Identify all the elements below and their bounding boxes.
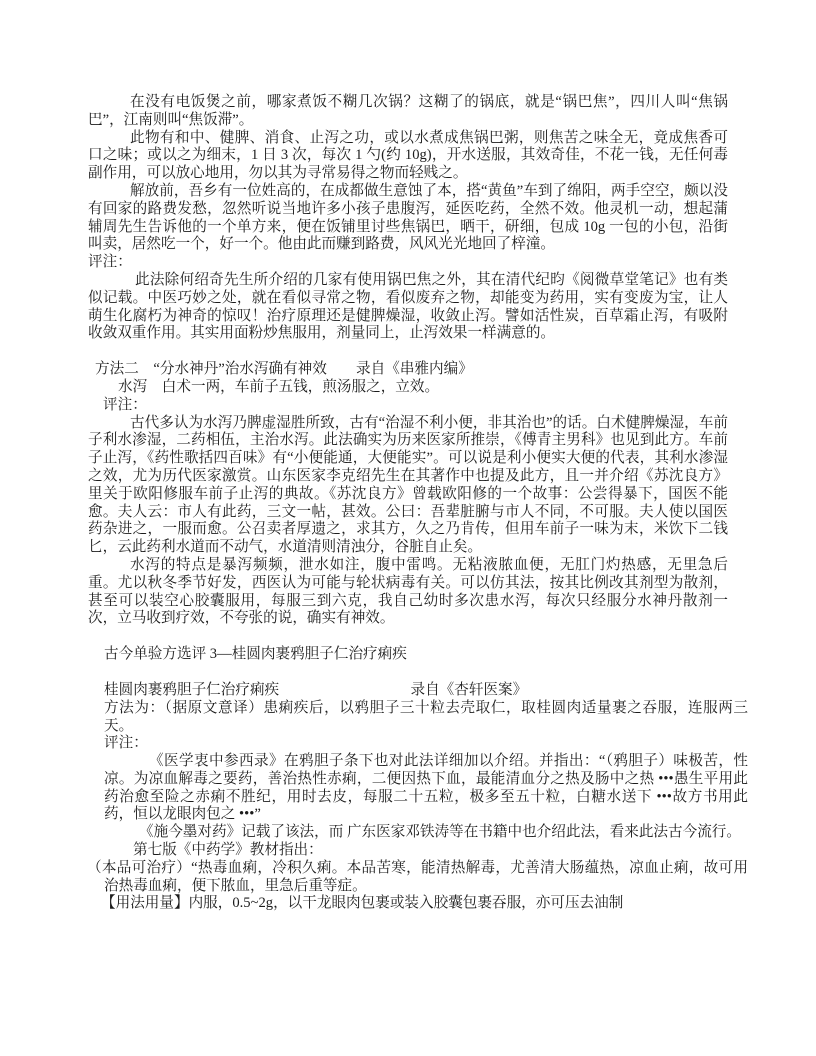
paragraph-comment-baizhu: 古代多认为水泻乃脾虚湿胜所致，古有“治湿不利小便，非其治也”的话。白术健脾燥湿，… — [88, 415, 728, 557]
label-comment-3: 评注： — [104, 735, 748, 753]
paragraph-intro-guoba: 在没有电饭煲之前，哪家煮饭不糊几次锅？这糊了的锅底，就是“锅巴焦”，四川人叫“焦… — [88, 94, 728, 130]
paragraph-guoba-story: 解放前，吾乡有一位姓高的，在成都做生意蚀了本，搭“黄鱼”车到了绵阳，两手空空，颇… — [88, 183, 728, 254]
heading-method-2: 方法二 “分水神丹”治水泻确有神效 录自《串雅内编》 — [88, 361, 728, 379]
paragraph-guoba-uses: 此物有和中、健脾、消食、止泻之功，或以水煮成焦锅巴粥，则焦苦之味全无，竟成焦香可… — [88, 130, 728, 183]
paragraph-comment-guoba: 此法除何绍奇先生所介绍的几家有使用锅巴焦之外，其在清代纪昀《阅微草堂笔记》也有类… — [88, 272, 728, 343]
blank-line — [104, 664, 748, 682]
heading-section-3: 古今单验方选评 3—桂圆肉裹鸦胆子仁治疗痢疾 — [104, 646, 748, 664]
document-page: 在没有电饭煲之前，哪家煮饭不糊几次锅？这糊了的锅底，就是“锅巴焦”，四川人叫“焦… — [0, 0, 816, 1056]
blank-line — [88, 628, 728, 646]
section-yadanzi: 古今单验方选评 3—桂圆肉裹鸦胆子仁治疗痢疾 桂圆肉裹鸦胆子仁治疗痢疾 录自《杏… — [104, 646, 748, 913]
paragraph-shijinmo: 《施今墨对药》记载了该法，而 广东医家邓铁涛等在书籍中也介绍此法，看来此法古今流… — [104, 824, 748, 842]
paragraph-shuixie-recipe: 水泻 白术一两，车前子五钱，煎汤服之，立效。 — [88, 379, 728, 397]
paragraph-textbook-cite: 第七版《中药学》教材指出： — [104, 842, 748, 860]
paragraph-textbook-quote: （本品可治疗）“热毒血痢，冷积久痢。本品苦寒，能清热解毒，尤善清大肠蕴热，凉血止… — [104, 860, 748, 896]
paragraph-method-desc: 方法为：（据原文意译）患痢疾后，以鸦胆子三十粒去壳取仁，取桂圆肉适量裹之吞服，连… — [104, 700, 748, 736]
section-guoba-and-shuixie: 在没有电饭煲之前，哪家煮饭不糊几次锅？这糊了的锅底，就是“锅巴焦”，四川人叫“焦… — [88, 94, 728, 646]
blank-line — [88, 343, 728, 361]
label-comment-1: 评注： — [88, 254, 728, 272]
label-comment-2: 评注： — [88, 397, 728, 415]
line-title-and-source: 桂圆肉裹鸦胆子仁治疗痢疾 录自《杏轩医案》 — [104, 682, 748, 700]
document-content: 在没有电饭煲之前，哪家煮饭不糊几次锅？这糊了的锅底，就是“锅巴焦”，四川人叫“焦… — [0, 94, 748, 913]
paragraph-yixue-zhongzhong: 《医学衷中参西录》在鸦胆子条下也对此法详细加以介绍。并指出：“（鸦胆子）味极苦，… — [104, 753, 748, 824]
paragraph-shuixie-features: 水泻的特点是暴泻频频，泄水如注，腹中雷鸣。无粘液脓血便，无肛门灼热感，无里急后重… — [88, 557, 728, 628]
paragraph-usage-dosage: 【用法用量】内服，0.5~2g，以干龙眼肉包裹或装入胶囊包裹吞服，亦可压去油制 — [104, 895, 748, 913]
